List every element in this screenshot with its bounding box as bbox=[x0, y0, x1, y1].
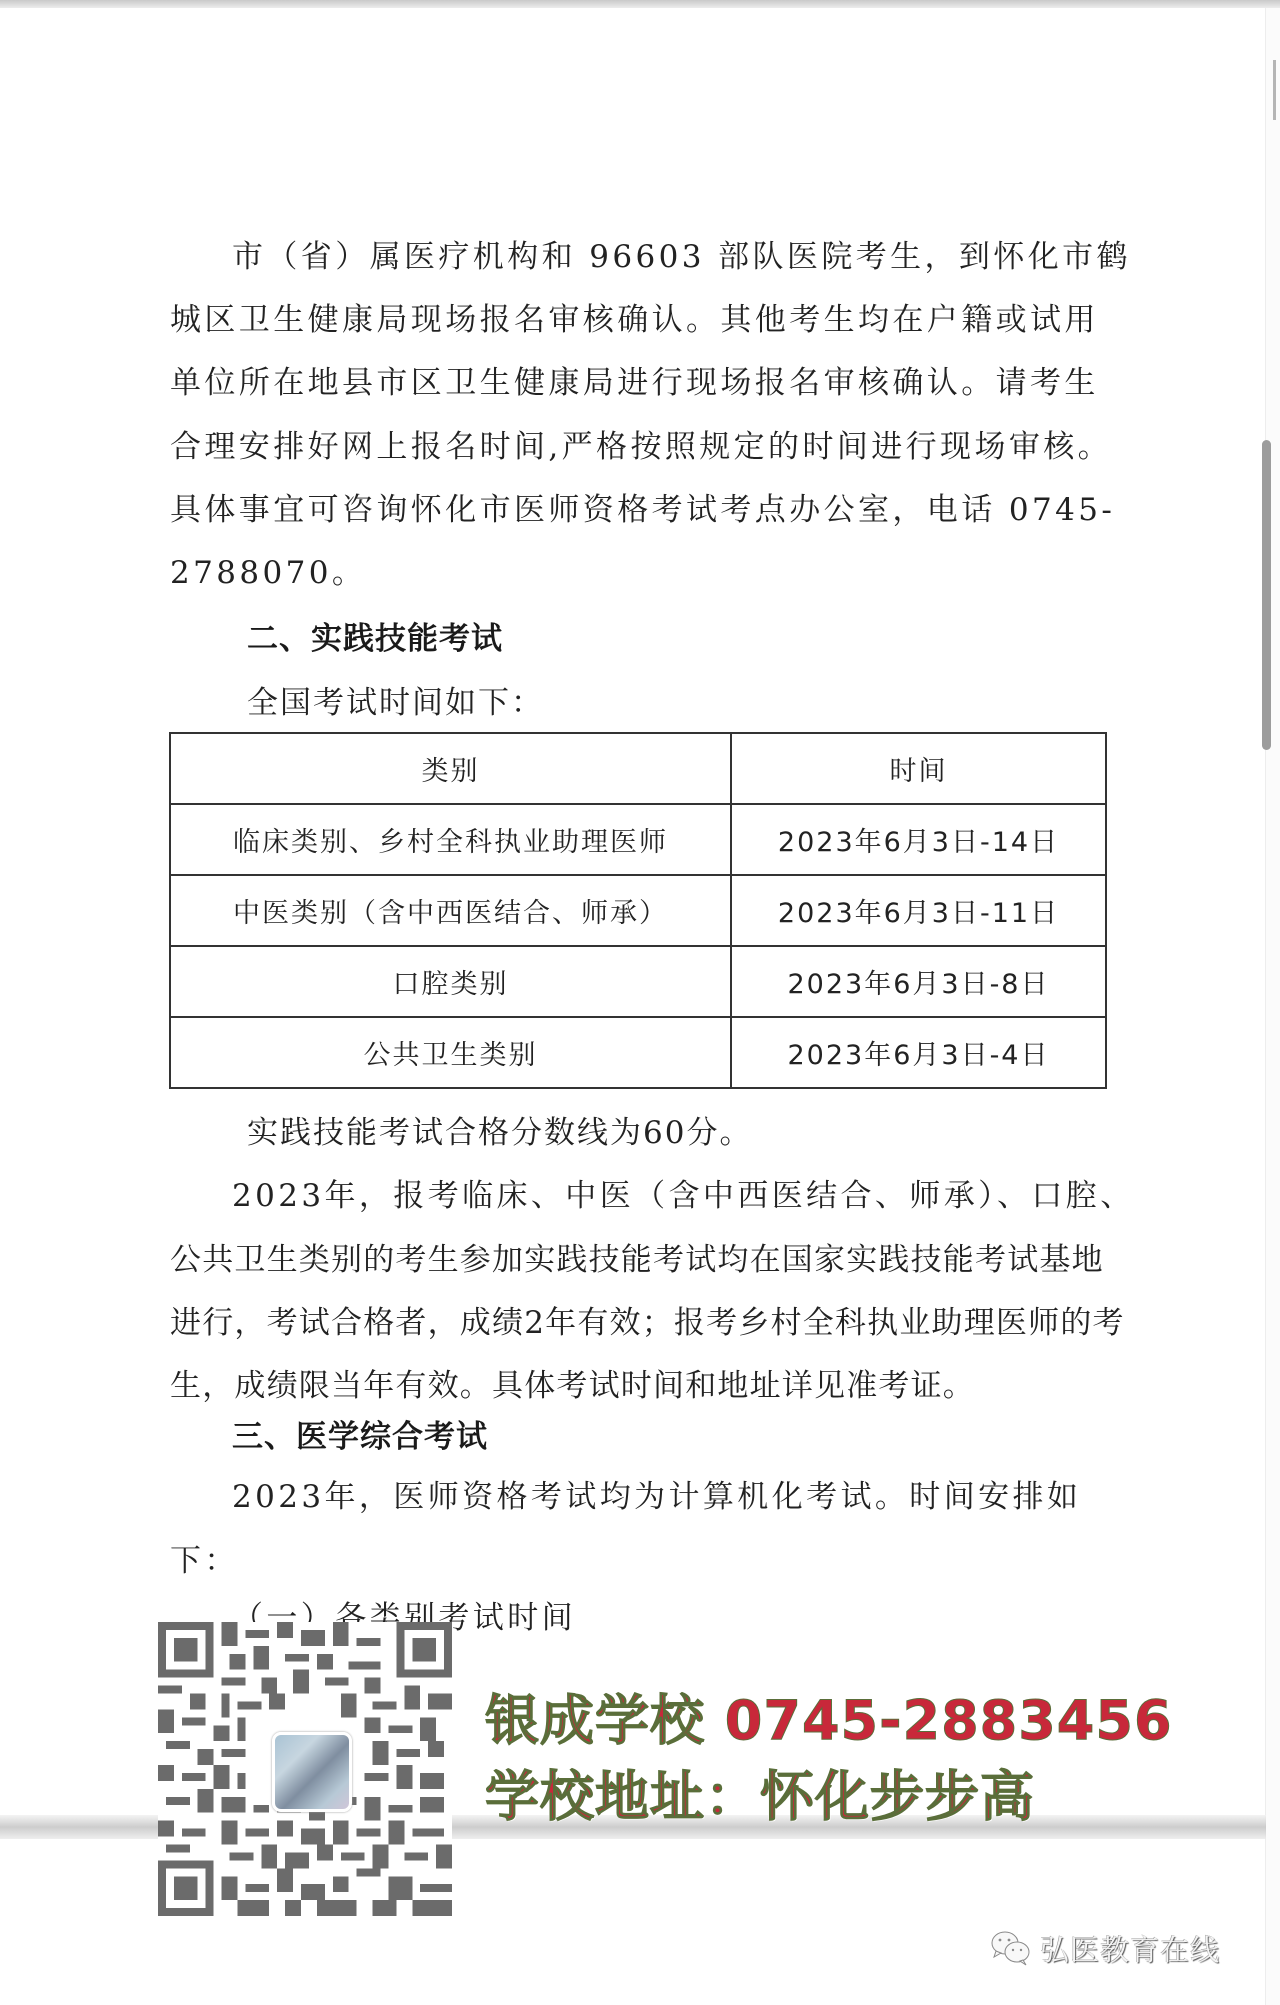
table-header-category: 类别 bbox=[170, 733, 731, 804]
ad-school-phone: 银成学校 0745-2883456 bbox=[485, 1691, 1173, 1751]
watermark: 弘医教育在线 bbox=[990, 1926, 1220, 1970]
table-row: 公共卫生类别 2023年6月3日-4日 bbox=[170, 1017, 1106, 1088]
scrollbar-track[interactable] bbox=[1265, 8, 1280, 2005]
table-row: 中医类别（含中西医结合、师承） 2023年6月3日-11日 bbox=[170, 875, 1106, 946]
text-line: 下： bbox=[170, 1541, 239, 1581]
table-cell-time: 2023年6月3日-14日 bbox=[731, 804, 1106, 875]
text-line: 生，成绩限当年有效。具体考试时间和地址详见准考证。 bbox=[170, 1366, 975, 1406]
table-cell-category: 中医类别（含中西医结合、师承） bbox=[170, 875, 731, 946]
text-line: 公共卫生类别的考生参加实践技能考试均在国家实践技能考试基地 bbox=[170, 1240, 1104, 1280]
table-cell-category: 公共卫生类别 bbox=[170, 1017, 731, 1088]
top-edge-shadow bbox=[0, 0, 1280, 8]
text-line: 2788070。 bbox=[170, 553, 366, 593]
table-cell-category: 口腔类别 bbox=[170, 946, 731, 1017]
table-header-time: 时间 bbox=[731, 733, 1106, 804]
scrollbar-thumb[interactable] bbox=[1262, 440, 1271, 750]
text-line: 单位所在地县市区卫生健康局进行现场报名审核确认。请考生 bbox=[170, 363, 1099, 403]
scrollbar-mini-indicator bbox=[1273, 60, 1276, 120]
text-line: 2023年，医师资格考试均为计算机化考试。时间安排如 bbox=[232, 1477, 1081, 1517]
text-line: 城区卫生健康局现场报名审核确认。其他考生均在户籍或试用 bbox=[170, 300, 1099, 340]
table-cell-time: 2023年6月3日-4日 bbox=[731, 1017, 1106, 1088]
table-intro: 全国考试时间如下： bbox=[247, 683, 544, 723]
text-line: 2023年，报考临床、中医（含中西医结合、师承）、口腔、 bbox=[232, 1176, 1135, 1216]
exam-schedule-table: 类别 时间 临床类别、乡村全科执业助理医师 2023年6月3日-14日 中医类别… bbox=[169, 732, 1107, 1089]
watermark-text: 弘医教育在线 bbox=[1040, 1928, 1220, 1969]
table-cell-category: 临床类别、乡村全科执业助理医师 bbox=[170, 804, 731, 875]
text-line: 市（省）属医疗机构和 96603 部队医院考生，到怀化市鹤 bbox=[232, 237, 1131, 277]
pass-score-text: 实践技能考试合格分数线为60分。 bbox=[247, 1113, 752, 1153]
table-header-row: 类别 时间 bbox=[170, 733, 1106, 804]
table-row: 临床类别、乡村全科执业助理医师 2023年6月3日-14日 bbox=[170, 804, 1106, 875]
qr-center-avatar bbox=[272, 1732, 352, 1812]
table-cell-time: 2023年6月3日-11日 bbox=[731, 875, 1106, 946]
text-line: 具体事宜可咨询怀化市医师资格考试考点办公室，电话 0745- bbox=[170, 490, 1115, 530]
wechat-icon bbox=[990, 1929, 1032, 1967]
table-row: 口腔类别 2023年6月3日-8日 bbox=[170, 946, 1106, 1017]
ad-school-address: 学校地址：怀化步步高 bbox=[485, 1767, 1035, 1827]
section-heading-practical-skills: 二、实践技能考试 bbox=[247, 619, 503, 659]
text-line: 合理安排好网上报名时间,严格按照规定的时间进行现场审核。 bbox=[170, 427, 1112, 467]
section-heading-medical-comprehensive: 三、医学综合考试 bbox=[232, 1417, 488, 1457]
table-cell-time: 2023年6月3日-8日 bbox=[731, 946, 1106, 1017]
text-line: 进行，考试合格者，成绩2年有效；报考乡村全科执业助理医师的考 bbox=[170, 1303, 1125, 1343]
